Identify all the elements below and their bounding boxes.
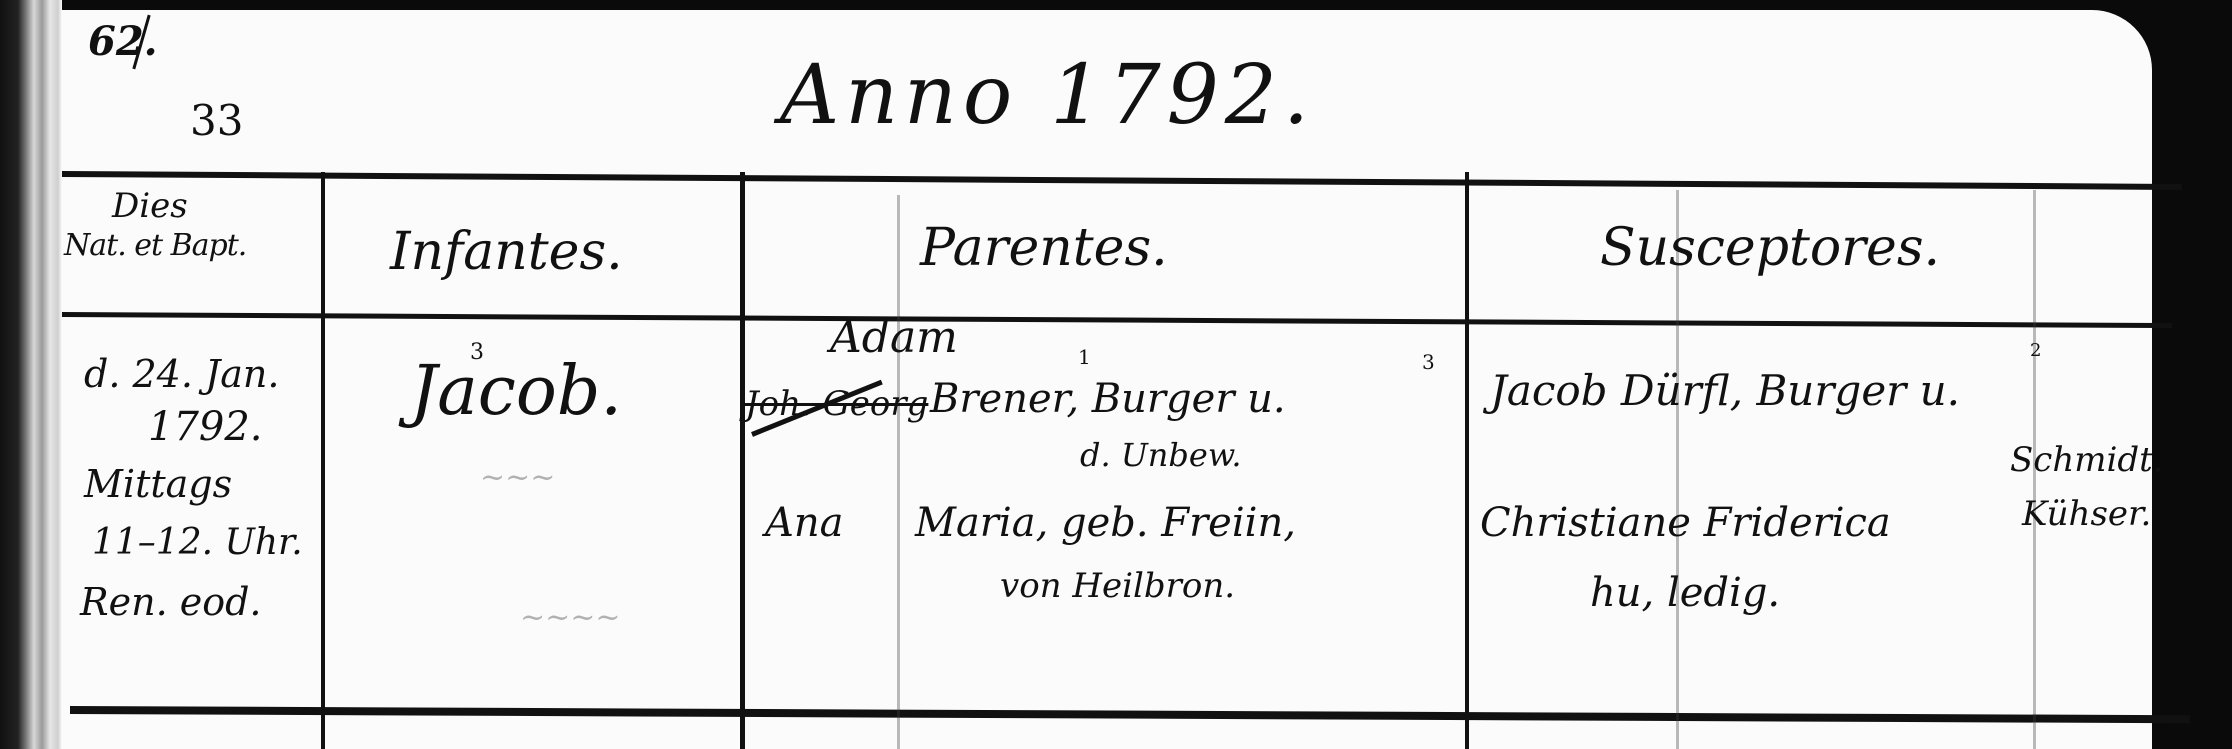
father-name-correction: Adam [830, 312, 958, 363]
page-edge-shadow [2152, 0, 2232, 749]
father-occupation: d. Unbew. [1080, 436, 1242, 474]
dies-hour: 11–12. Uhr. [92, 522, 303, 563]
dies-time-of-day: Mittags [84, 462, 232, 506]
dies-date: d. 24. Jan. [84, 352, 279, 396]
book-binding-edge [0, 0, 62, 749]
dies-renatus: Ren. eod. [80, 580, 262, 624]
infant-name: Jacob. [410, 352, 622, 431]
header-infantes: Infantes. [390, 222, 623, 282]
header-nat-et-bapt: Nat. et Bapt. [64, 228, 246, 263]
father-sup-3: 3 [1422, 350, 1435, 374]
godfather-sup: 2 [2030, 340, 2041, 361]
page-title: Anno 1792. [780, 48, 1315, 143]
father-surname-status: Brener, Burger u. [930, 376, 1286, 422]
bleedthrough-mark: ~~~ [480, 460, 555, 495]
header-susceptores: Susceptores. [1600, 218, 1940, 278]
mother-origin: von Heilbron. [1000, 566, 1235, 606]
column-divider-3 [1465, 172, 1469, 749]
mother-name: Maria, geb. Freiin, [915, 500, 1296, 546]
bleedthrough-mark: ~~~~ [520, 600, 621, 635]
header-dies: Dies [112, 186, 188, 226]
faint-ruling-1 [897, 195, 900, 749]
godmother-name: Christiane Friderica [1480, 500, 1891, 546]
column-divider-1 [321, 172, 325, 749]
column-divider-2 [740, 172, 745, 749]
dies-year: 1792. [148, 404, 263, 450]
father-sup-1: 1 [1078, 345, 1091, 369]
godmother-surname: Kühser. [2022, 494, 2151, 534]
godmother-status: hu, ledig. [1590, 570, 1780, 616]
father-name-struck: Joh. Georg [745, 384, 928, 424]
mother-prefix: Ana [765, 500, 844, 546]
entry-count: 33 [190, 96, 243, 145]
godfather-occupation-insert: Schmidt. [2010, 440, 2164, 480]
godfather-name: Jacob Dürfl, Burger u. [1490, 366, 1960, 415]
header-parentes: Parentes. [920, 218, 1168, 278]
